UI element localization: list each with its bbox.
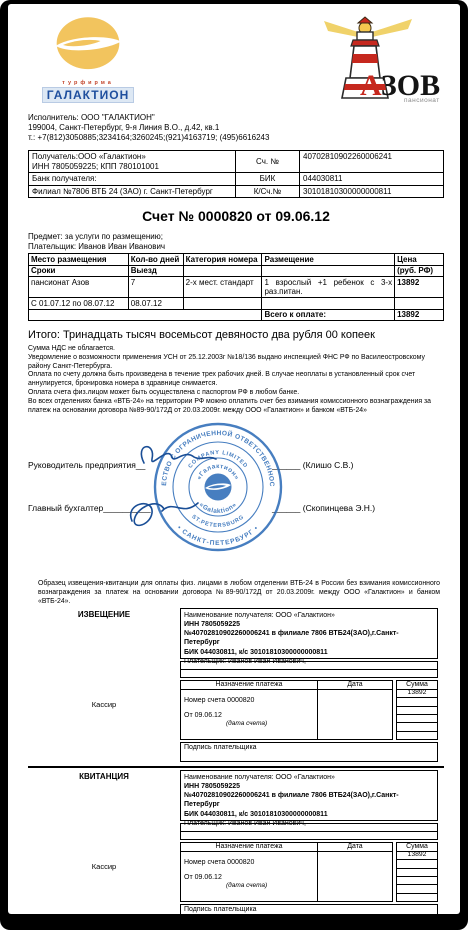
note-vtb: Во всех отделениях банка «ВТБ-24» на тер…: [28, 398, 444, 416]
empty-cell: [29, 309, 262, 321]
slip-label-column: КВИТАНЦИЯ Кассир: [28, 770, 180, 914]
col-header-departure: Выезд: [128, 265, 183, 277]
date-caption: (дата счета): [226, 882, 314, 889]
cell-place: пансионат Азов: [29, 277, 129, 298]
azov-logo: АЗОВ пансионат: [318, 16, 444, 109]
bik-value: 044030811: [300, 173, 444, 186]
slip-recipient-account: №40702810902260006241 в филиале 7806 ВТБ…: [184, 629, 434, 647]
invoice-date-line: От 09.06.12: [184, 712, 314, 719]
slip-recipient-name: Наименование получателя: ООО «Галактион»: [184, 773, 434, 782]
invoice-page: турфирма ГАЛАКТИОН АЗОВ пансионат Исполн…: [8, 4, 460, 914]
sum-empty-cell: [396, 869, 438, 877]
payer-signature-box: Подпись плательщика: [180, 742, 438, 762]
payee-cell: Получатель:ООО «Галактион» ИНН 780505922…: [29, 151, 236, 173]
slip-title: КВИТАНЦИЯ: [28, 770, 180, 781]
cell-placement: 1 взрослый +1 ребенок с 3-х раз.питан.: [262, 277, 395, 298]
table-row: Банк получателя: БИК 044030811: [29, 173, 444, 186]
table-total-row: Всего к оплате: 13892: [29, 309, 444, 321]
table-row: Филиал №7806 ВТБ 24 (ЗАО) г. Санкт-Петер…: [29, 185, 444, 198]
payment-slip-izveshchenie: ИЗВЕЩЕНИЕ Кассир Наименование получателя…: [28, 608, 444, 762]
date-header: Дата: [318, 842, 393, 852]
slip-recipient-bik: БИК 044030811, к/с 30101810300000000811: [184, 810, 434, 819]
galaktion-name: ГАЛАКТИОН: [42, 87, 135, 103]
sum-empty-cell: [396, 732, 438, 740]
sum-empty-cell: [396, 698, 438, 706]
galaktion-logo: турфирма ГАЛАКТИОН: [28, 16, 148, 104]
account-number-line: Номер счета 0000820: [184, 859, 314, 866]
payer-signature-box: Подпись плательщика: [180, 904, 438, 914]
total-value: 13892: [395, 309, 444, 321]
executor-phones: т.: +7(812)3050885;3234164;3260245;(921)…: [28, 133, 444, 143]
bik-label: БИК: [236, 173, 300, 186]
corr-account-label: К/Сч.№: [236, 185, 300, 198]
col-header-price: Цена: [395, 254, 444, 266]
purpose-cell: Номер счета 0000820 От 09.06.12 (дата сч…: [180, 690, 318, 740]
table-header-row: Сроки Выезд (руб. РФ): [29, 265, 444, 277]
slip-detail-column: Наименование получателя: ООО «Галактион»…: [180, 608, 438, 762]
col-header-place: Место размещения: [29, 254, 129, 266]
screenshot-frame: турфирма ГАЛАКТИОН АЗОВ пансионат Исполн…: [0, 0, 468, 930]
sum-empty-cell: [396, 894, 438, 902]
cell-category: 2-х мест. стандарт: [183, 277, 262, 298]
sum-empty-cell: [396, 877, 438, 885]
handwritten-signatures: [124, 433, 294, 543]
empty-cell: [395, 298, 444, 310]
note-passport: Оплата счета физ.лицом может быть осущес…: [28, 389, 444, 398]
sum-column: 13892: [396, 690, 438, 740]
account-number-line: Номер счета 0000820: [184, 697, 314, 704]
account-label: Сч. №: [236, 151, 300, 173]
table-row: С 01.07.12 по 08.07.12 08.07.12: [29, 298, 444, 310]
notes-block: Сумма НДС не облагается. Уведомление о в…: [28, 345, 444, 415]
slip-detail-column: Наименование получателя: ООО «Галактион»…: [180, 770, 438, 914]
account-value: 40702810902260006241: [300, 151, 444, 173]
accountant-name: (Скопинцева Э.Н.): [303, 503, 375, 513]
sample-note: Образец извещения-квитанции для оплаты ф…: [28, 579, 444, 606]
cell-departure: 08.07.12: [128, 298, 183, 310]
col-header-days: Кол-во дней: [128, 254, 183, 266]
payment-header-row: Назначение платежа Дата Сумма: [180, 680, 438, 690]
sum-empty-cell: [396, 707, 438, 715]
payee-inn-kpp: ИНН 7805059225; КПП 780101001: [32, 162, 232, 172]
slip-divider-line: [28, 766, 444, 769]
purpose-header: Назначение платежа: [180, 680, 318, 690]
table-row: пансионат Азов 7 2-х мест. стандарт 1 вз…: [29, 277, 444, 298]
slip-recipient-bik: БИК 044030811, к/с 30101810300000000811: [184, 648, 434, 657]
accommodation-table: Место размещения Кол-во дней Категория н…: [28, 253, 444, 321]
header-logo-row: турфирма ГАЛАКТИОН АЗОВ пансионат: [28, 16, 444, 108]
sum-empty-cell: [396, 723, 438, 731]
slip-recipient-box: Наименование получателя: ООО «Галактион»…: [180, 608, 438, 659]
galaktion-emblem-icon: [54, 16, 122, 74]
empty-entry-row: [180, 832, 438, 840]
total-in-words: Итого: Тринадцать тысяч восемьсот девяно…: [28, 329, 444, 341]
cashier-label: Кассир: [28, 862, 180, 871]
invoice-subject: Предмет: за услуги по размещению;: [28, 232, 444, 242]
cell-price: 13892: [395, 277, 444, 298]
date-cell: [318, 690, 393, 740]
slip-label-column: ИЗВЕЩЕНИЕ Кассир: [28, 608, 180, 762]
azov-initial: А: [360, 69, 382, 102]
azov-lighthouse-icon: АЗОВ пансионат: [320, 16, 444, 104]
payment-slip-kvitanciya: КВИТАНЦИЯ Кассир Наименование получателя…: [28, 770, 444, 914]
payment-body: Номер счета 0000820 От 09.06.12 (дата сч…: [180, 690, 438, 740]
total-label: Всего к оплате:: [262, 309, 395, 321]
date-cell: [318, 852, 393, 902]
slip-recipient-account: №40702810902260006241 в филиале 7806 ВТБ…: [184, 791, 434, 809]
payment-header-row: Назначение платежа Дата Сумма: [180, 842, 438, 852]
slip-recipient-inn: ИНН 7805059225: [184, 782, 434, 791]
note-payment-term: Оплата по счету должна быть произведена …: [28, 371, 444, 389]
note-usn: Уведомление о возможности применения УСН…: [28, 354, 444, 372]
slip-recipient-inn: ИНН 7805059225: [184, 620, 434, 629]
slip-recipient-box: Наименование получателя: ООО «Галактион»…: [180, 770, 438, 821]
empty-cell: [183, 298, 262, 310]
note-vat: Сумма НДС не облагается.: [28, 345, 444, 354]
cell-days: 7: [128, 277, 183, 298]
slip-recipient-name: Наименование получателя: ООО «Галактион»: [184, 611, 434, 620]
col-header-dates: Сроки: [29, 265, 129, 277]
director-name: (Клишо С.В.): [303, 460, 354, 470]
bank-branch: Филиал №7806 ВТБ 24 (ЗАО) г. Санкт-Петер…: [29, 185, 236, 198]
date-caption: (дата счета): [226, 720, 314, 727]
invoice-title: Счет № 0000820 от 09.06.12: [28, 208, 444, 224]
sum-value-cell: 13892: [396, 690, 438, 698]
date-header: Дата: [318, 680, 393, 690]
empty-cell: [262, 265, 395, 277]
executor-block: Исполнитель: ООО "ГАЛАКТИОН" 199004, Сан…: [28, 113, 444, 143]
corr-account-value: 30101810300000000811: [300, 185, 444, 198]
table-row: Получатель:ООО «Галактион» ИНН 780505922…: [29, 151, 444, 173]
payee-name: Получатель:ООО «Галактион»: [32, 152, 232, 162]
sum-empty-cell: [396, 715, 438, 723]
invoice-payer: Плательщик: Иванов Иван Иванович: [28, 242, 444, 252]
bank-details-table: Получатель:ООО «Галактион» ИНН 780505922…: [28, 150, 444, 198]
empty-cell: [262, 298, 395, 310]
payment-body: Номер счета 0000820 От 09.06.12 (дата сч…: [180, 852, 438, 902]
sum-value-cell: 13892: [396, 852, 438, 860]
bank-label: Банк получателя:: [29, 173, 236, 186]
col-header-placement: Размещение: [262, 254, 395, 266]
sum-column: 13892: [396, 852, 438, 902]
signatures-block: Руководитель предприятия__ ______ (Клишо…: [28, 419, 444, 569]
executor-address: 199004, Санкт-Петербург, 9-я Линия В.О.,…: [28, 123, 444, 133]
executor-name: Исполнитель: ООО "ГАЛАКТИОН": [28, 113, 444, 123]
slip-title: ИЗВЕЩЕНИЕ: [28, 608, 180, 619]
purpose-header: Назначение платежа: [180, 842, 318, 852]
col-header-currency: (руб. РФ): [395, 265, 444, 277]
purpose-cell: Номер счета 0000820 От 09.06.12 (дата сч…: [180, 852, 318, 902]
empty-entry-row: [180, 670, 438, 678]
table-header-row: Место размещения Кол-во дней Категория н…: [29, 254, 444, 266]
sum-empty-cell: [396, 885, 438, 893]
empty-cell: [183, 265, 262, 277]
azov-tagline: пансионат: [404, 97, 440, 104]
sum-empty-cell: [396, 860, 438, 868]
cashier-label: Кассир: [28, 700, 180, 709]
col-header-category: Категория номера: [183, 254, 262, 266]
cell-dates: С 01.07.12 по 08.07.12: [29, 298, 129, 310]
invoice-date-line: От 09.06.12: [184, 874, 314, 881]
